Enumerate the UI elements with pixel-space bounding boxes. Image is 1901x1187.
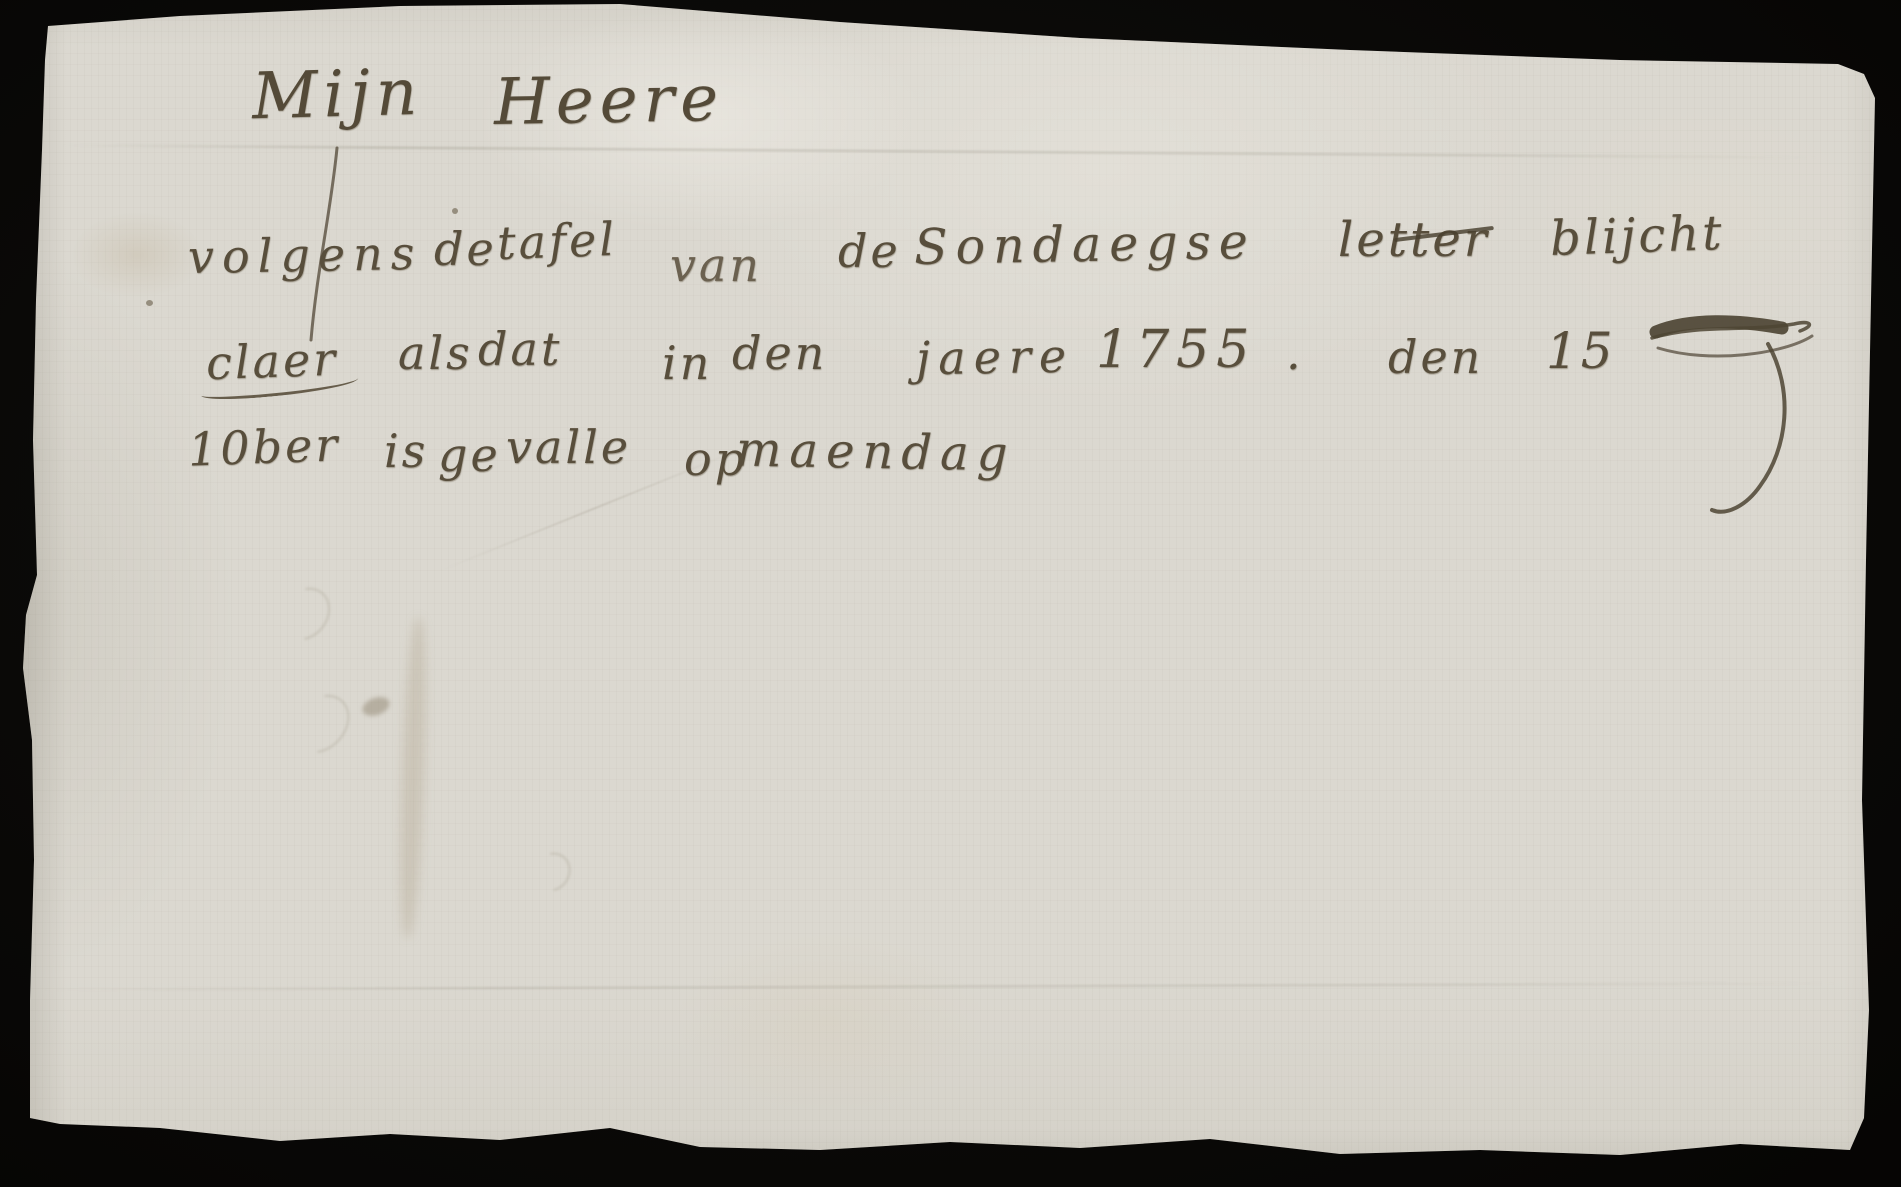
- word-1755: 1755: [1096, 320, 1256, 380]
- word-als: als: [398, 326, 473, 380]
- word-volgens: volgens: [188, 226, 423, 284]
- ink-speck: [452, 208, 458, 214]
- word-tafel: tafel: [496, 212, 618, 270]
- word-dat: dat: [478, 322, 562, 376]
- word-maendag: maendag: [736, 422, 1016, 483]
- punctuation-dot: .: [1286, 326, 1304, 380]
- photo-backdrop: Mijn Heere volgens de tafel van de Sonda…: [0, 0, 1901, 1187]
- word-de: de: [434, 222, 497, 276]
- word-sondaegse: Sondaegse: [914, 213, 1257, 276]
- word-ge: ge: [438, 428, 501, 482]
- word-mijn: Mijn: [251, 56, 424, 134]
- word-valle: valle: [506, 420, 631, 474]
- word-blijcht: blijcht: [1549, 205, 1725, 267]
- word-claer: claer: [205, 332, 339, 391]
- word-is: is: [384, 424, 428, 478]
- word-15: 15: [1546, 322, 1616, 380]
- word-den: den: [732, 326, 827, 380]
- word-10ber: 10ber: [187, 417, 341, 476]
- manuscript-paper: Mijn Heere volgens de tafel van de Sonda…: [0, 0, 1901, 1187]
- word-jaere: jaere: [916, 329, 1075, 386]
- word-letter-struck: letter: [1338, 212, 1490, 268]
- word-den: den: [1388, 330, 1483, 384]
- paper-surface: [0, 0, 1901, 1187]
- word-de: de: [838, 224, 901, 278]
- word-van: van: [670, 238, 762, 292]
- word-heere: Heere: [493, 62, 724, 140]
- word-in: in: [662, 336, 712, 390]
- ink-speck: [146, 300, 153, 306]
